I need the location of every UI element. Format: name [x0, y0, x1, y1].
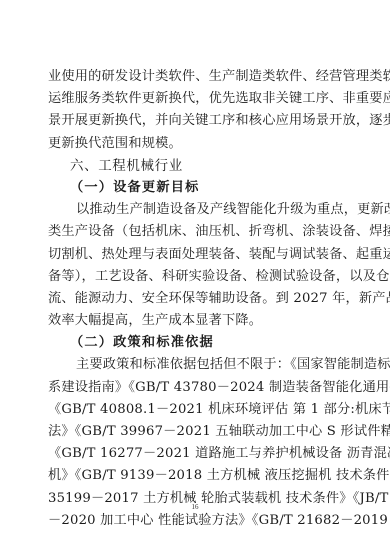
text-line: 备等），工艺设备、科研实验设备、检测试验设备，以及仓储物: [48, 266, 344, 288]
text-line: 以推动生产制造设备及产线智能化升级为重点，更新改造各: [48, 199, 344, 221]
text-line: 法》《GB/T 39967－2021 五轴联动加工中心 S 形试件精度检验》: [48, 421, 344, 443]
subsection-heading: （一）设备更新目标: [48, 177, 344, 199]
text-line: 《GB/T 16277－2021 道路施工与养护机械设备 沥青混凝土摊铺: [48, 443, 344, 465]
text-line: 切割机、热处理与表面处理装备、装配与调试装备、起重运输装: [48, 244, 344, 266]
text-line: 主要政策和标准依据包括但不限于：《国家智能制造标准体: [48, 354, 344, 376]
text-line: －2020 加工中心 性能试验方法》《GB/T 21682－2019 旋挖钻: [48, 510, 344, 532]
subsection-heading: （二）政策和标准依据: [48, 332, 344, 354]
text-line: 运维服务类软件更新换代，优先选取非关键工序、非重要应用场: [48, 88, 344, 110]
text-line: 景开展更新换代，并向关键工序和核心应用场景开放，逐步扩大: [48, 110, 344, 132]
text-line: 业使用的研发设计类软件、生产制造类软件、经营管理类软件、: [48, 66, 344, 88]
text-line: 更新换代范围和规模。: [48, 133, 344, 155]
text-line: 流、能源动力、安全环保等辅助设备。到 2027 年，新产品生产: [48, 288, 344, 310]
section-heading: 六、工程机械行业: [48, 155, 344, 177]
text-line: 系建设指南》《GB/T 43780－2024 制造装备智能化通用技术要求》: [48, 377, 344, 399]
text-line: 《GB/T 40808.1－2021 机床环境评估 第 1 部分:机床节能设计方: [48, 399, 344, 421]
page-number: 16: [0, 503, 390, 511]
text-line: 机》《GB/T 9139－2018 土方机械 液压挖掘机 技术条件》《GB/T: [48, 465, 344, 487]
document-page: 业使用的研发设计类软件、生产制造类软件、经营管理类软件、 运维服务类软件更新换代…: [48, 66, 344, 532]
text-line: 类生产设备（包括机床、油压机、折弯机、涂装设备、焊接设备、: [48, 221, 344, 243]
text-line: 效率大幅提高，生产成本显著下降。: [48, 310, 344, 332]
